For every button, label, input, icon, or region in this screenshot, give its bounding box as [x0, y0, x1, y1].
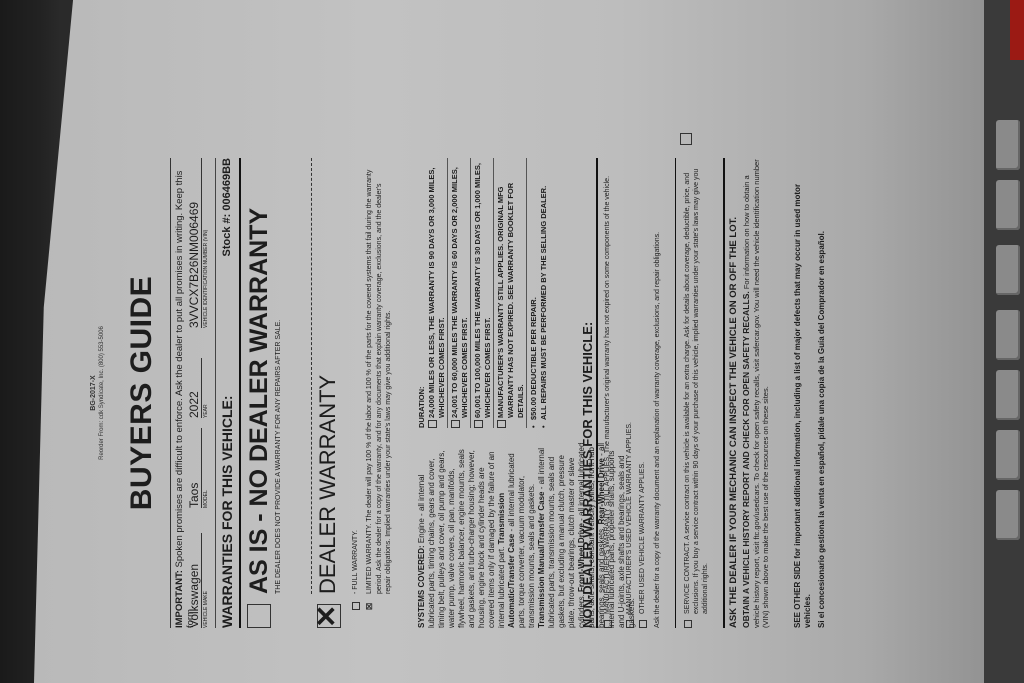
service-contract-checkbox[interactable]: [684, 620, 692, 628]
duration-option-1: 24,000 MILES OR LESS, THE WARRANTY IS 90…: [427, 158, 448, 428]
keyboard-key: [996, 245, 1020, 295]
duration-checkbox[interactable]: [474, 420, 483, 428]
non-dealer-checkbox[interactable]: [604, 620, 612, 628]
as-is-title: AS IS - NO DEALER WARRANTY: [245, 208, 274, 594]
as-is-subtitle: THE DEALER DOES NOT PROVIDE A WARRANTY F…: [275, 320, 282, 594]
as-is-checkbox[interactable]: [247, 604, 271, 628]
vehicle-make: Volkswagen VEHICLE MAKE: [187, 533, 209, 628]
vehicle-vin: 3VVCX7B26NM006469 VEHICLE IDENTIFICATION…: [187, 158, 209, 328]
inspect-notice: ASK THE DEALER IF YOUR MECHANIC CAN INSP…: [723, 158, 739, 628]
vehicle-model: Taos MODEL: [187, 428, 209, 508]
vehicle-history-notice: OBTAIN A VEHICLE HISTORY REPORT AND CHEC…: [742, 158, 771, 628]
divider: [239, 158, 241, 628]
duration-label: DURATION:: [417, 158, 427, 428]
keyboard-key: [996, 490, 1020, 540]
spanish-notice: Si el concesionario gestiona la venta en…: [817, 231, 826, 628]
duration-option-2: 24,001 TO 60,000 MILES THE WARRANTY IS 6…: [450, 158, 471, 428]
deductible-note: $50.00 DEDUCTIBLE PER REPAIR.: [529, 158, 539, 428]
keyboard-background: [984, 0, 1024, 683]
full-warranty-checkbox[interactable]: [352, 602, 360, 610]
divider: [675, 158, 676, 628]
buyers-guide-document: BG-2017-X Reorder From: cdk Syndicate, I…: [125, 158, 895, 628]
ask-copy-text: Ask the dealer for a copy of the warrant…: [653, 158, 662, 628]
service-contract-item: SERVICE CONTRACT. A service contract on …: [683, 158, 710, 614]
keyboard-key: [996, 370, 1020, 420]
corner-checkbox: [680, 133, 692, 145]
keyboard-key: [996, 120, 1020, 170]
non-dealer-item-1: MANUFACTURER'S WARRANTY STILL APPLIES. T…: [603, 158, 612, 614]
warranties-heading: WARRANTIES FOR THIS VEHICLE:: [219, 395, 235, 628]
limited-warranty-option: ☒ LIMITED WARRANTY. The dealer will pay …: [365, 164, 394, 594]
keyboard-key: [996, 310, 1020, 360]
vehicle-year: 2022 YEAR: [187, 358, 209, 418]
stock-number: Stock #: 006469BB: [221, 158, 233, 256]
limited-warranty-checked-icon[interactable]: ☒: [365, 603, 375, 610]
non-dealer-item-3: OTHER USED VEHICLE WARRANTY APPLIES.: [638, 158, 647, 614]
repairs-note: ALL REPAIRS MUST BE PERFORMED BY THE SEL…: [539, 158, 549, 428]
duration-option-3: 60,001 TO 100,000 MILES THE WARRANTY IS …: [473, 158, 494, 428]
duration-checkbox[interactable]: [497, 420, 506, 428]
non-dealer-checkbox[interactable]: [639, 620, 647, 628]
non-dealer-heading: NON-DEALER WARRANTIES FOR THIS VEHICLE:: [580, 158, 598, 628]
duration-checkbox[interactable]: [428, 420, 437, 428]
document-title: BUYERS GUIDE: [125, 158, 159, 628]
full-warranty-option: - FULL WARRANTY.: [351, 164, 361, 594]
dashed-divider: [311, 158, 312, 594]
checkmark-x-icon: ✕: [313, 605, 341, 628]
keyboard-key: [996, 430, 1020, 480]
form-id: BG-2017-X Reorder From: cdk Syndicate, I…: [90, 158, 106, 628]
see-other-side: SEE OTHER SIDE for important additional …: [793, 158, 812, 628]
non-dealer-checkbox[interactable]: [626, 620, 634, 628]
non-dealer-item-2: MANUFACTURER'S USED VEHICLE WARRANTY APP…: [625, 158, 634, 614]
duration-section: DURATION: 24,000 MILES OR LESS, THE WARR…: [417, 158, 549, 428]
duration-checkbox[interactable]: [451, 420, 460, 428]
red-object: [1010, 0, 1024, 60]
dealer-warranty-title: DEALER WARRANTY: [315, 375, 341, 594]
keyboard-key: [996, 180, 1020, 230]
vehicle-info-row: Volkswagen VEHICLE MAKE Taos MODEL 2022 …: [187, 158, 216, 628]
duration-option-4: MANUFACTURER'S WARRANTY STILL APPLIES. O…: [496, 158, 527, 428]
